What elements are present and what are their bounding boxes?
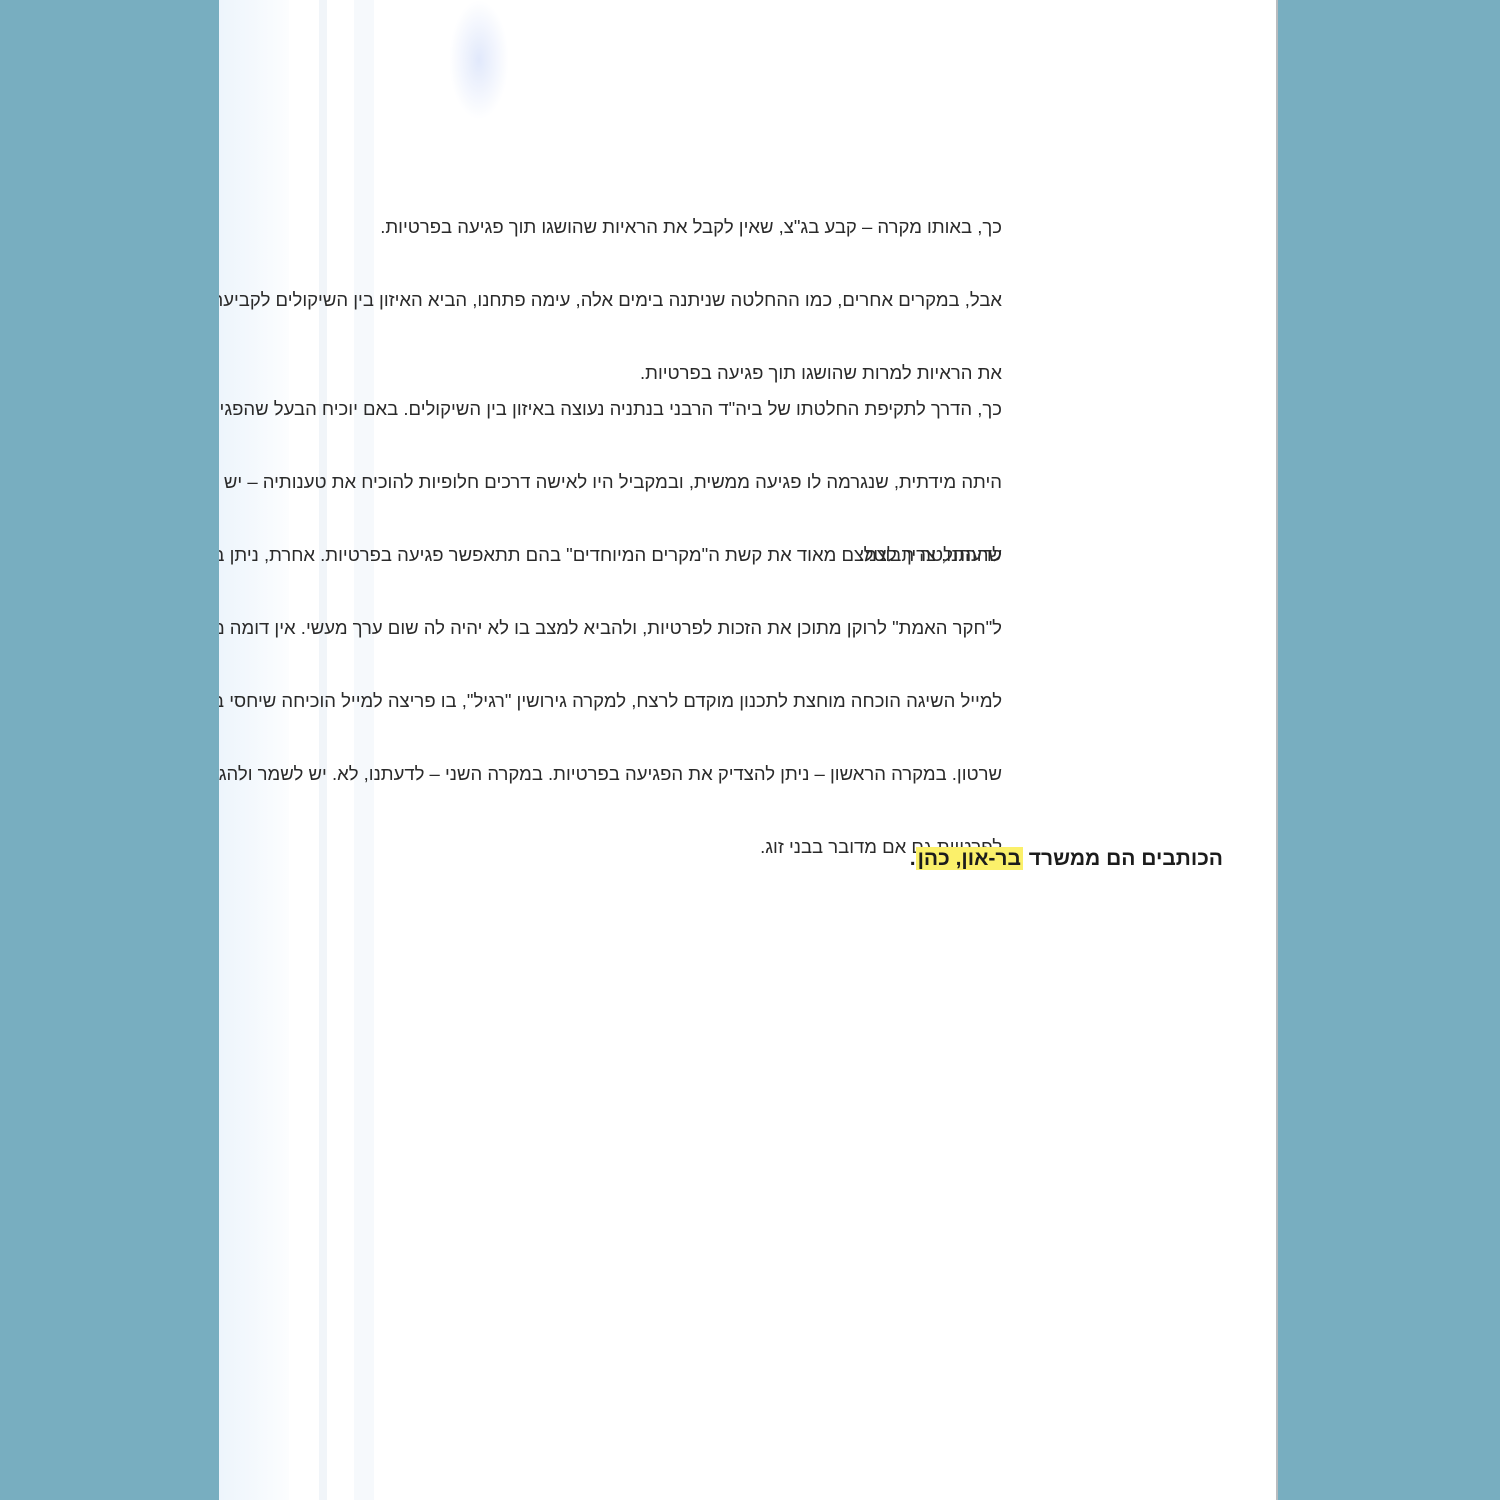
- paragraph-line: כך, באותו מקרה – קבע בג"צ, שאין לקבל את …: [239, 209, 1002, 246]
- author-signature: הכותבים הם ממשרד בר-און, כהן.: [910, 847, 1223, 871]
- signature-suffix: .: [910, 847, 916, 870]
- page-edge: [1276, 0, 1278, 1500]
- paragraph-line: לפרטיות גם אם מדובר בבני זוג.: [239, 829, 1002, 866]
- firm-name-highlight: בר-און, כהן: [916, 847, 1023, 870]
- document-page: כך, באותו מקרה – קבע בג"צ, שאין לקבל את …: [219, 0, 1278, 1500]
- scan-smudge: [449, 0, 509, 120]
- paragraph-line: כך, הדרך לתקיפת החלטתו של ביה"ד הרבני בנ…: [239, 391, 1002, 428]
- paragraph-4: לדעתנו, צריך לצמצם מאוד את קשת ה"מקרים ה…: [239, 500, 1002, 902]
- paragraph-line: אבל, במקרים אחרים, כמו ההחלטה שניתנה בימ…: [239, 282, 1002, 319]
- signature-prefix: הכותבים הם ממשרד: [1023, 847, 1223, 870]
- paragraph-line: לדעתנו, צריך לצמצם מאוד את קשת ה"מקרים ה…: [239, 537, 1002, 574]
- paragraph-line: ל"חקר האמת" לרוקן מתוכן את הזכות לפרטיות…: [239, 610, 1002, 647]
- paragraph-line: שרטון. במקרה הראשון – ניתן להצדיק את הפג…: [239, 756, 1002, 793]
- paragraph-line: למייל השיגה הוכחה מוחצת לתכנון מוקדם לרצ…: [239, 683, 1002, 720]
- paragraph-line: היתה מידתית, שנגרמה לו פגיעה ממשית, ובמק…: [239, 464, 1002, 501]
